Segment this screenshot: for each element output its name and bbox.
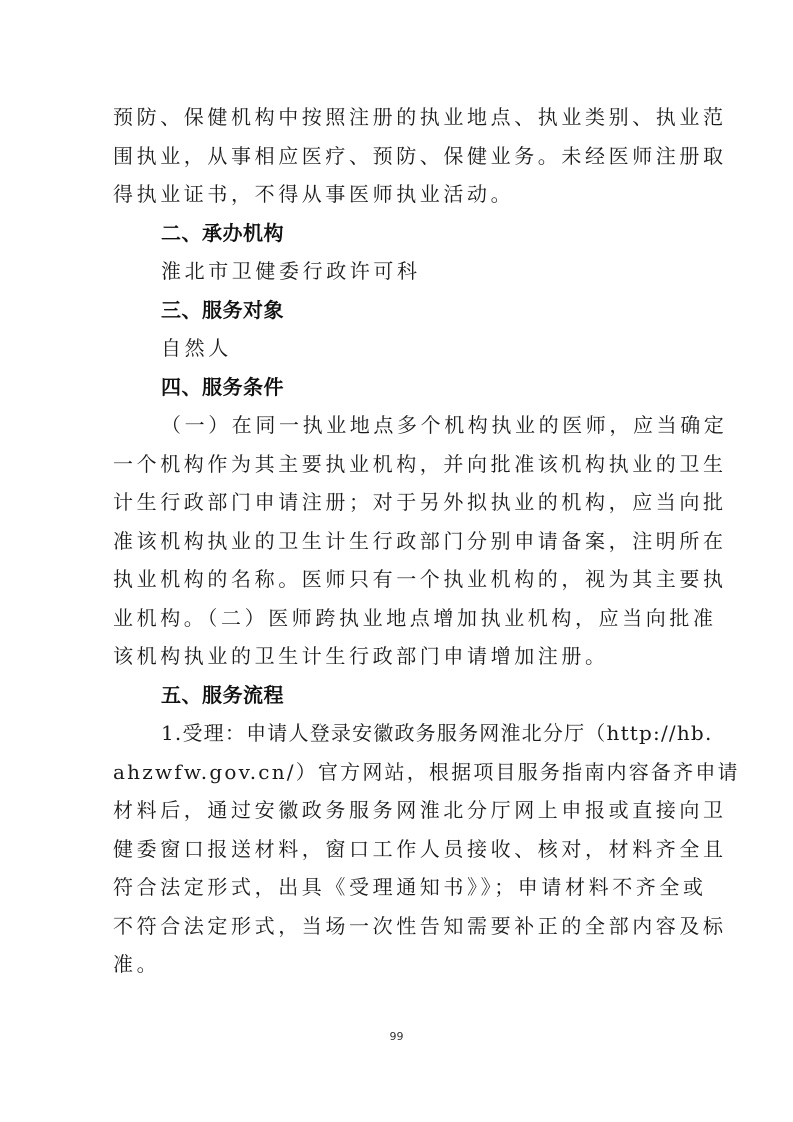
text-line: ahzwfw.gov.cn/）官方网站，根据项目服务指南内容备齐申请 <box>113 753 681 792</box>
text-line: 健委窗口报送材料，窗口工作人员接收、核对，材料齐全且 <box>113 830 681 869</box>
text-line: 围执业，从事相应医疗、预防、保健业务。未经医师注册取 <box>113 137 681 176</box>
text-line: （一）在同一执业地点多个机构执业的医师，应当确定 <box>113 406 681 445</box>
text-line: 该机构执业的卫生计生行政部门申请增加注册。 <box>113 637 681 676</box>
text-line: 1.受理：申请人登录安徽政务服务网淮北分厅（http://hb. <box>113 714 681 753</box>
section-service-process: 五、服务流程 1.受理：申请人登录安徽政务服务网淮北分厅（http://hb. … <box>113 676 681 984</box>
section-heading: 四、服务条件 <box>113 368 681 407</box>
page-number: 99 <box>0 1030 793 1043</box>
text-line: 不符合法定形式，当场一次性告知需要补正的全部内容及标 <box>113 907 681 946</box>
section-heading: 三、服务对象 <box>113 291 681 330</box>
text-line: 符合法定形式，出具《受理通知书》》；申请材料不齐全或 <box>113 868 681 907</box>
intro-paragraph: 预防、保健机构中按照注册的执业地点、执业类别、执业范 围执业，从事相应医疗、预防… <box>113 98 681 214</box>
section-heading: 二、承办机构 <box>113 214 681 253</box>
text-line: 自然人 <box>113 329 681 368</box>
text-line: 一个机构作为其主要执业机构，并向批准该机构执业的卫生 <box>113 445 681 484</box>
section-heading: 五、服务流程 <box>113 676 681 715</box>
text-line: 材料后，通过安徽政务服务网淮北分厅网上申报或直接向卫 <box>113 791 681 830</box>
section-organizer: 二、承办机构 淮北市卫健委行政许可科 <box>113 214 681 291</box>
section-service-conditions: 四、服务条件 （一）在同一执业地点多个机构执业的医师，应当确定 一个机构作为其主… <box>113 368 681 676</box>
text-line: 淮北市卫健委行政许可科 <box>113 252 681 291</box>
section-service-target: 三、服务对象 自然人 <box>113 291 681 368</box>
text-line: 执业机构的名称。医师只有一个执业机构的，视为其主要执 <box>113 560 681 599</box>
text-line: 准该机构执业的卫生计生行政部门分别申请备案，注明所在 <box>113 522 681 561</box>
text-line: 得执业证书，不得从事医师执业活动。 <box>113 175 681 214</box>
text-line: 业机构。（二）医师跨执业地点增加执业机构，应当向批准 <box>113 599 681 638</box>
document-page: 预防、保健机构中按照注册的执业地点、执业类别、执业范 围执业，从事相应医疗、预防… <box>0 0 793 1122</box>
text-line: 预防、保健机构中按照注册的执业地点、执业类别、执业范 <box>113 98 681 137</box>
text-line: 准。 <box>113 945 681 984</box>
text-line: 计生行政部门申请注册；对于另外拟执业的机构，应当向批 <box>113 483 681 522</box>
document-body: 预防、保健机构中按照注册的执业地点、执业类别、执业范 围执业，从事相应医疗、预防… <box>113 98 681 984</box>
